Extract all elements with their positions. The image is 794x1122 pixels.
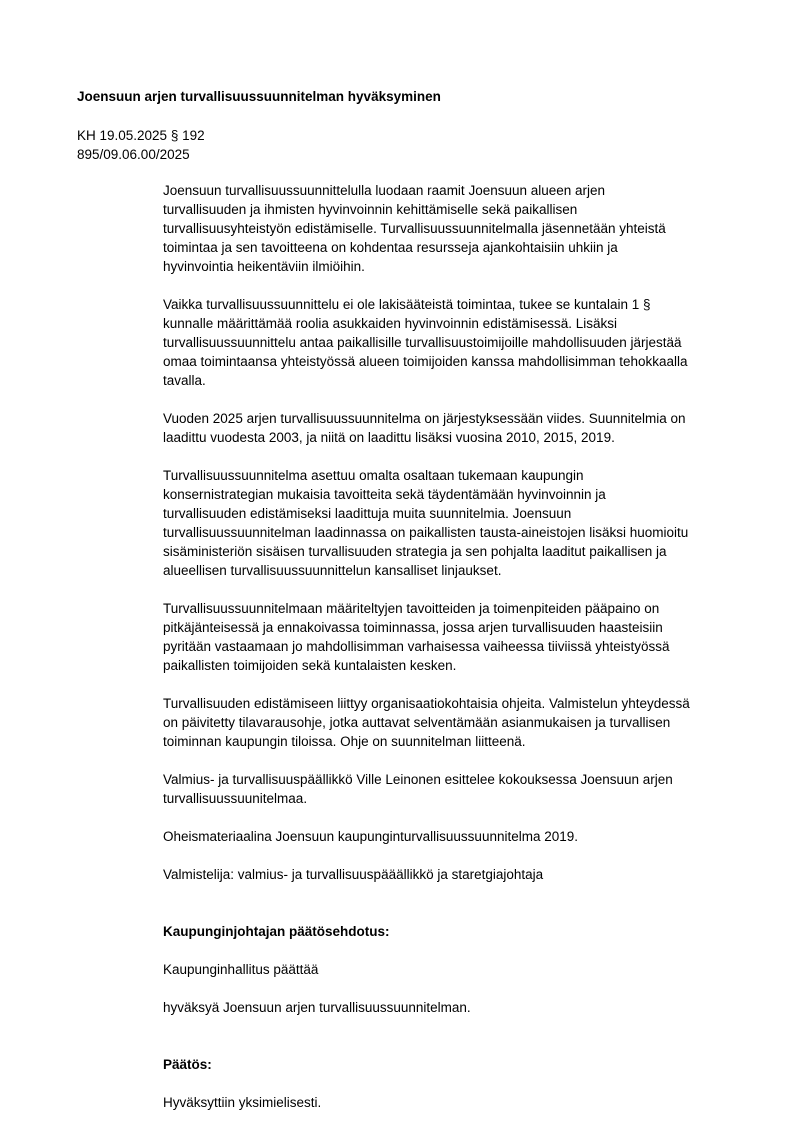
decision-heading: Päätös: bbox=[163, 1055, 763, 1074]
proposal-heading: Kaupunginjohtajan päätösehdotus: bbox=[163, 922, 763, 941]
paragraph-strategy: Turvallisuussuunnitelma asettuu omalta o… bbox=[163, 466, 763, 580]
decision-section: Päätös: Hyväksyttiin yksimielisesti. bbox=[163, 1036, 763, 1112]
paragraph-legal-basis: Vaikka turvallisuussuunnittelu ei ole la… bbox=[163, 295, 763, 390]
proposal-line: Kaupunginhallitus päättää bbox=[163, 962, 318, 977]
proposal-section: Kaupunginjohtajan päätösehdotus: Kaupung… bbox=[163, 903, 763, 979]
case-number: 895/09.06.00/2025 bbox=[77, 145, 205, 164]
document-meta: KH 19.05.2025 § 192 895/09.06.00/2025 bbox=[77, 126, 205, 164]
document-title: Joensuun arjen turvallisuussuunnitelman … bbox=[77, 89, 441, 104]
meeting-reference: KH 19.05.2025 § 192 bbox=[77, 126, 205, 145]
paragraph-preparer: Valmistelija: valmius- ja turvallisuuspä… bbox=[163, 865, 763, 884]
decision-text: Hyväksyttiin yksimielisesti. bbox=[163, 1095, 321, 1110]
document-page: Joensuun arjen turvallisuussuunnitelman … bbox=[0, 0, 794, 1122]
paragraph-attachment: Oheismateriaalina Joensuun kaupunginturv… bbox=[163, 827, 763, 846]
paragraph-goals: Turvallisuussuunnitelmaan määriteltyjen … bbox=[163, 599, 763, 675]
document-body: Joensuun turvallisuussuunnittelulla luod… bbox=[163, 181, 763, 1112]
paragraph-guidelines: Turvallisuuden edistämiseen liittyy orga… bbox=[163, 694, 763, 751]
paragraph-intro: Joensuun turvallisuussuunnittelulla luod… bbox=[163, 181, 763, 276]
paragraph-presenter: Valmius- ja turvallisuuspäällikkö Ville … bbox=[163, 770, 763, 808]
proposal-decision-text: hyväksyä Joensuun arjen turvallisuussuun… bbox=[163, 998, 763, 1017]
paragraph-history: Vuoden 2025 arjen turvallisuussuunnitelm… bbox=[163, 409, 763, 447]
